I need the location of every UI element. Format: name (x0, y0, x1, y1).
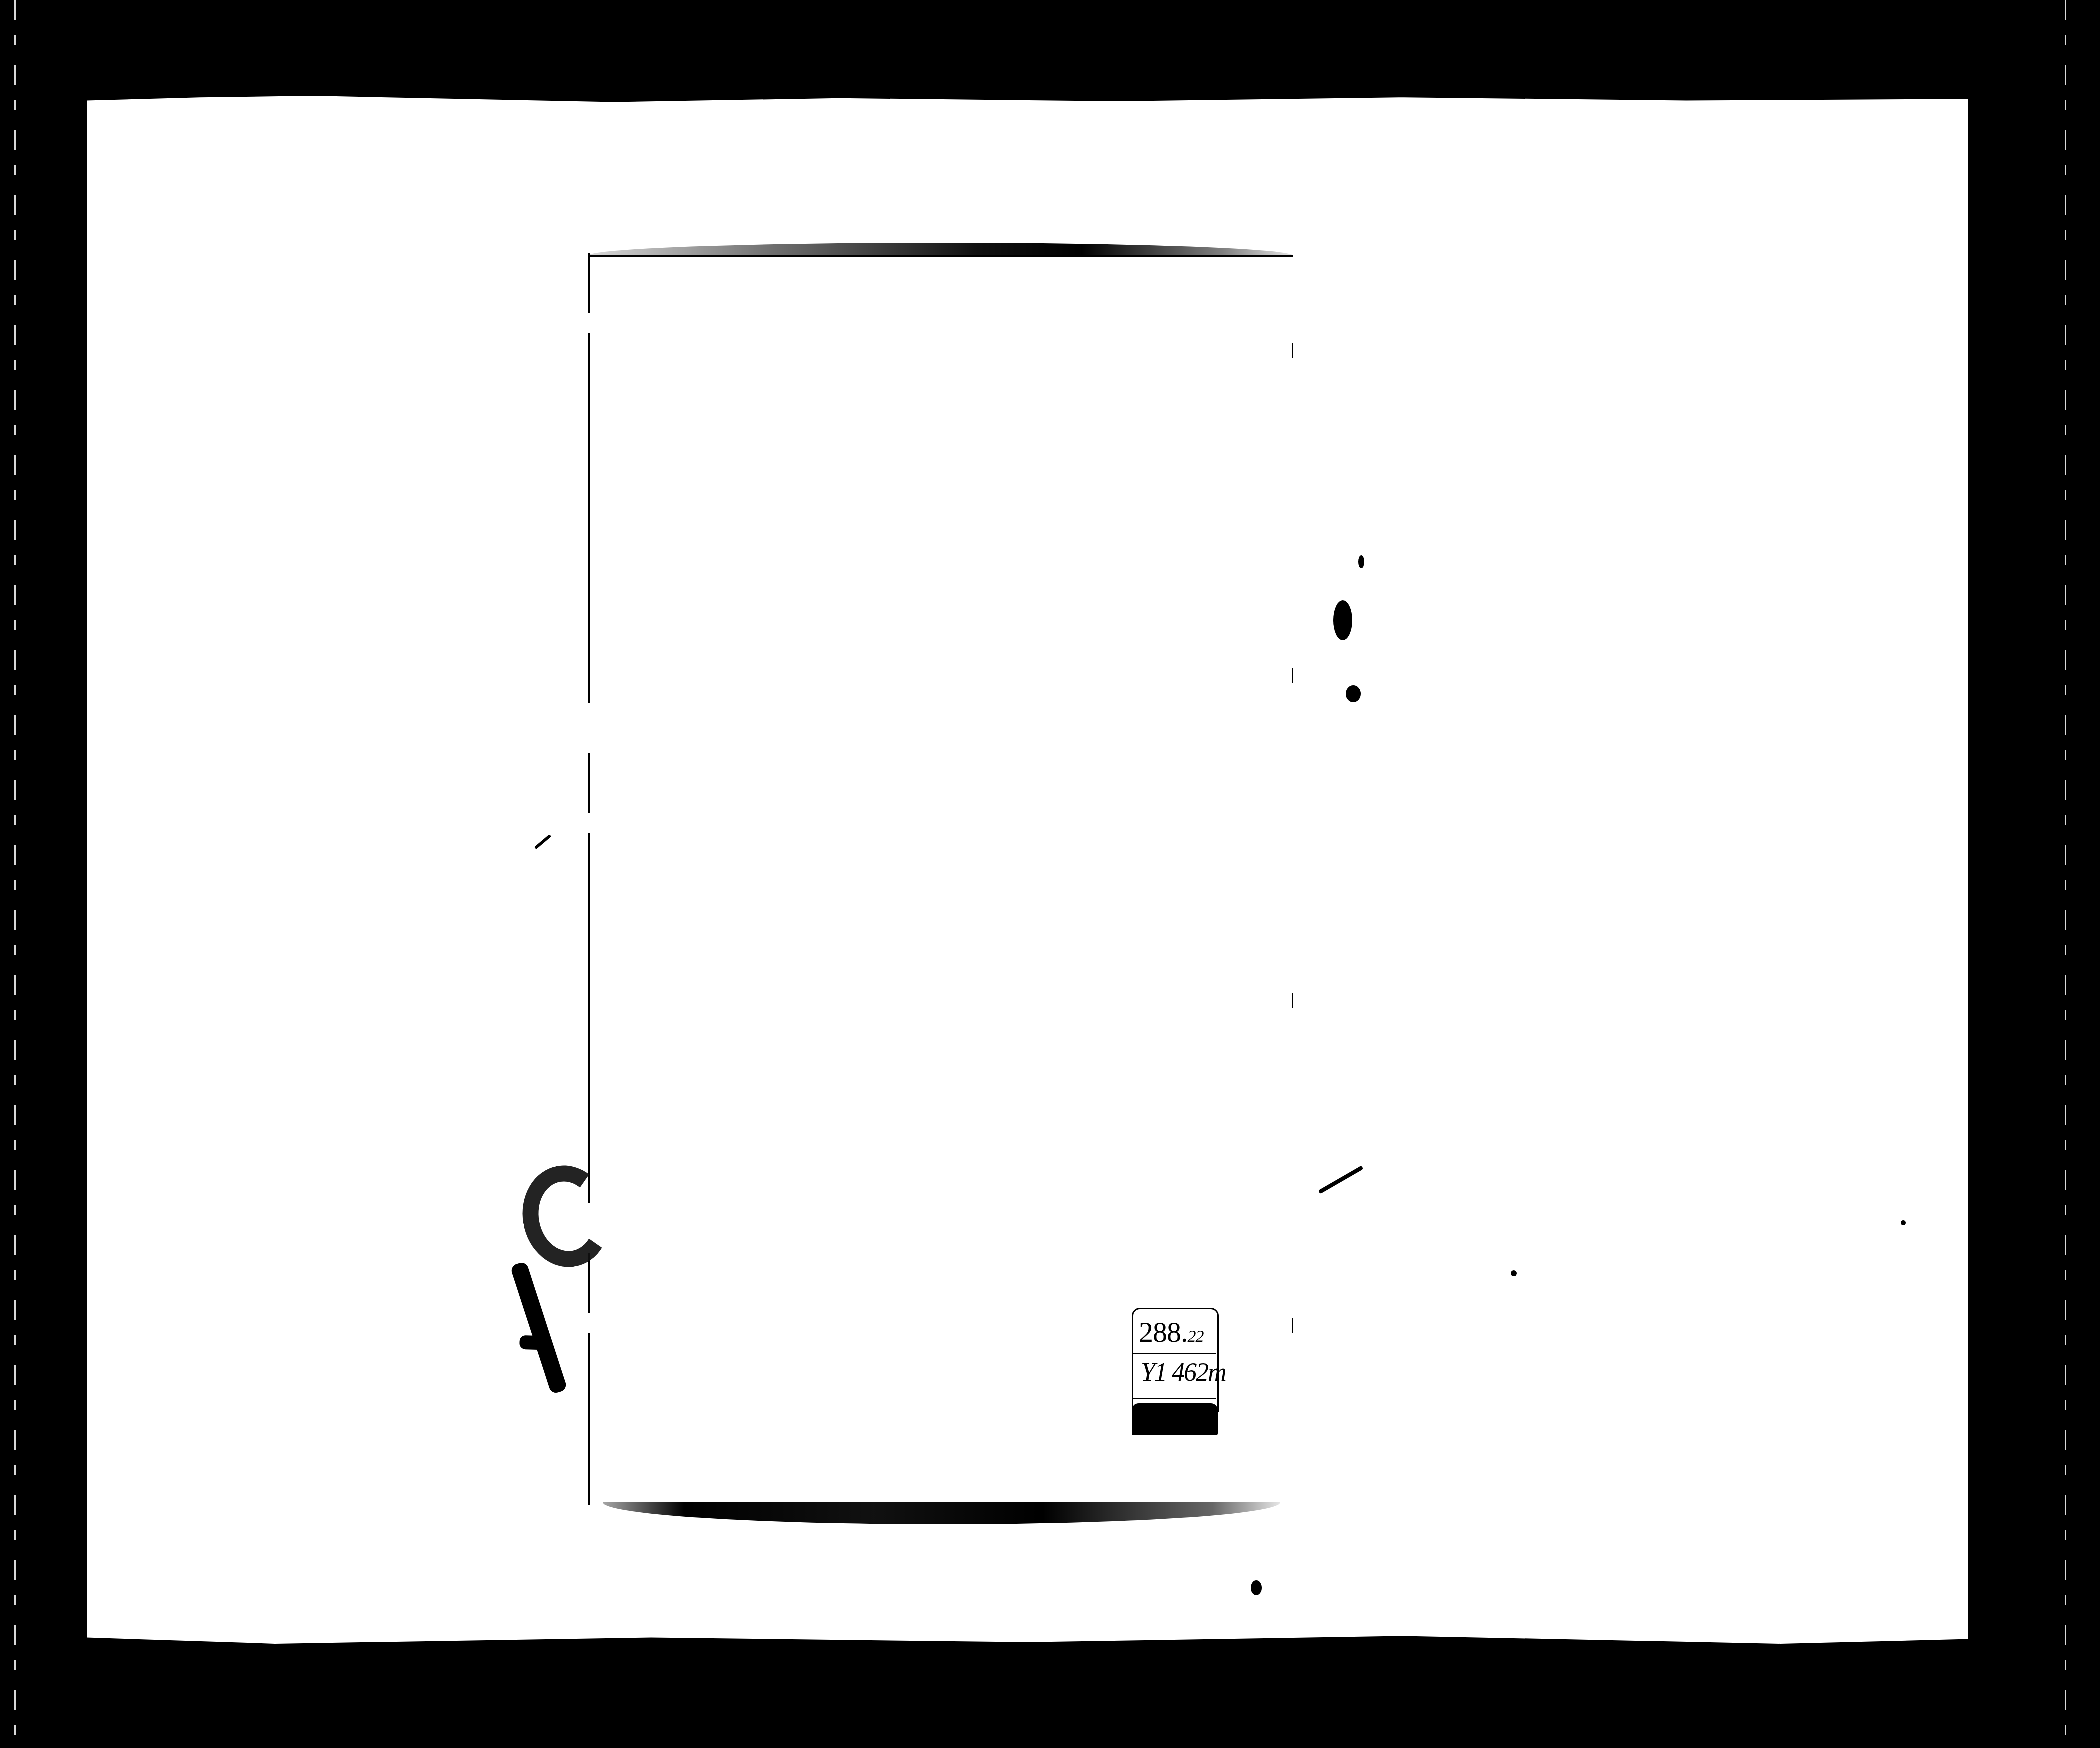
stain-mark (1511, 1270, 1517, 1276)
stain-mark (1901, 1220, 1906, 1225)
stain-mark (1346, 685, 1361, 702)
stain-mark (1251, 1580, 1262, 1595)
book-spine-line (588, 253, 590, 1505)
call-label-underline (1132, 1398, 1216, 1399)
call-class-number: 288. (1139, 1316, 1188, 1348)
film-sprocket-edge-left (14, 0, 16, 1748)
film-sprocket-edge-right (2065, 0, 2066, 1748)
call-number-label: 288.22 Y1 462m (1132, 1308, 1218, 1435)
call-label-divider (1132, 1353, 1216, 1354)
stain-mark (1358, 555, 1364, 568)
book-right-border (1292, 253, 1293, 1505)
stain-mark (1333, 600, 1352, 640)
call-cutter-number: Y1 462m (1141, 1360, 1225, 1386)
book-top-border (588, 255, 1293, 257)
call-classification: 288.22 (1139, 1318, 1204, 1351)
call-label-band (1132, 1410, 1218, 1435)
call-class-suffix: 22 (1188, 1327, 1204, 1346)
